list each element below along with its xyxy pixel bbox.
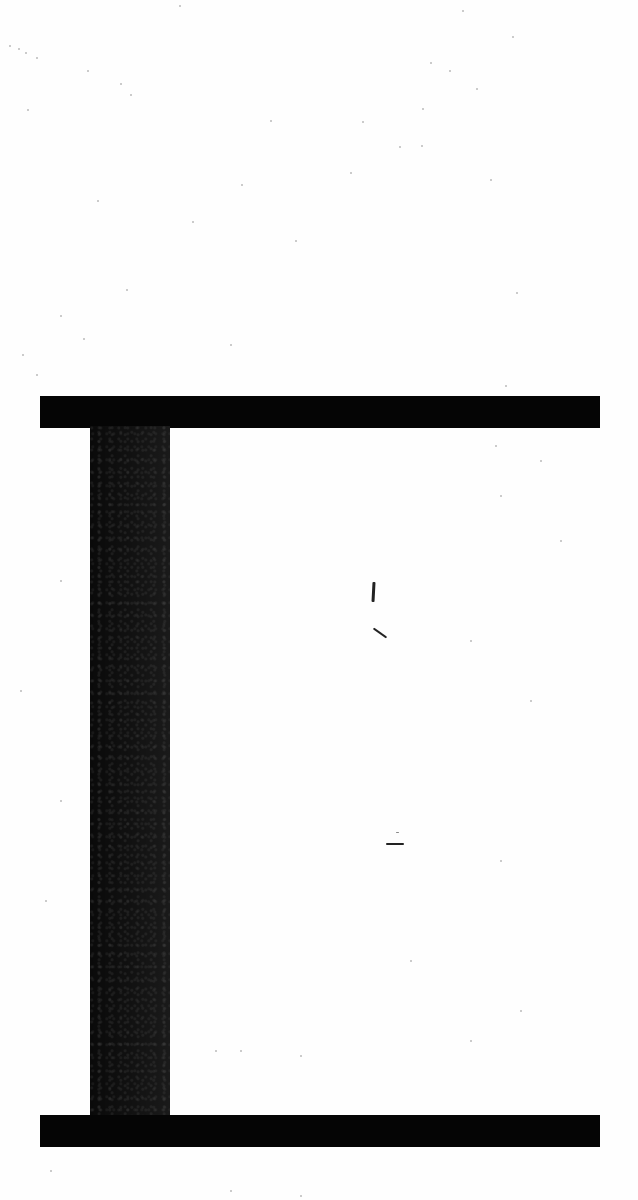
- scan-speck: [490, 179, 492, 181]
- scan-speck: [300, 1195, 302, 1197]
- scan-speck: [45, 900, 47, 902]
- scan-speck: [530, 700, 532, 702]
- scan-speck: [20, 690, 22, 692]
- scan-speck: [500, 860, 502, 862]
- scan-speck: [130, 94, 132, 96]
- scan-speck: [22, 354, 24, 356]
- scan-speck: [27, 109, 29, 111]
- scan-speck: [230, 344, 232, 346]
- scan-speck: [421, 145, 423, 147]
- bracket-bottom-bar: [40, 1115, 600, 1147]
- stray-pen-mark: [386, 843, 404, 845]
- scan-speck: [512, 36, 514, 38]
- scan-speck: [500, 495, 502, 497]
- scanned-page: [0, 0, 638, 1200]
- scan-speck: [495, 445, 497, 447]
- scan-speck: [87, 70, 89, 72]
- stray-pen-mark: [371, 582, 375, 602]
- stray-pen-mark: [373, 628, 387, 639]
- scan-speck: [470, 1040, 472, 1042]
- scan-speck: [476, 88, 478, 90]
- scan-speck: [540, 460, 542, 462]
- scan-speck: [215, 1050, 217, 1052]
- scan-speck: [126, 289, 128, 291]
- scan-speck: [300, 1055, 302, 1057]
- scan-speck: [430, 62, 432, 64]
- scan-speck: [410, 960, 412, 962]
- scan-speck: [25, 52, 27, 54]
- scan-speck: [350, 172, 352, 174]
- scan-speck: [449, 70, 451, 72]
- scan-speck: [422, 108, 424, 110]
- scan-speck: [399, 146, 401, 148]
- scan-speck: [83, 338, 85, 340]
- scan-speck: [230, 1190, 232, 1192]
- scan-speck: [60, 315, 62, 317]
- scan-speck: [36, 374, 38, 376]
- scan-speck: [520, 1010, 522, 1012]
- scan-speck: [192, 221, 194, 223]
- scan-speck: [462, 10, 464, 12]
- scan-speck: [241, 184, 243, 186]
- scan-speck: [18, 48, 20, 50]
- scan-speck: [60, 580, 62, 582]
- scan-speck: [240, 1050, 242, 1052]
- scan-speck: [516, 292, 518, 294]
- scan-speck: [270, 120, 272, 122]
- scan-speck: [9, 45, 11, 47]
- stray-pen-mark: [396, 832, 399, 833]
- scan-speck: [60, 800, 62, 802]
- scan-speck: [362, 121, 364, 123]
- scan-speck: [97, 200, 99, 202]
- scan-speck: [470, 640, 472, 642]
- scan-speck: [560, 540, 562, 542]
- scan-speck: [179, 5, 181, 7]
- scan-speck: [120, 83, 122, 85]
- bracket-top-bar: [40, 396, 600, 428]
- scan-speck: [50, 1170, 52, 1172]
- scan-speck: [295, 240, 297, 242]
- scan-speck: [505, 385, 507, 387]
- scan-speck: [36, 57, 38, 59]
- bracket-vertical-stem: [90, 426, 170, 1118]
